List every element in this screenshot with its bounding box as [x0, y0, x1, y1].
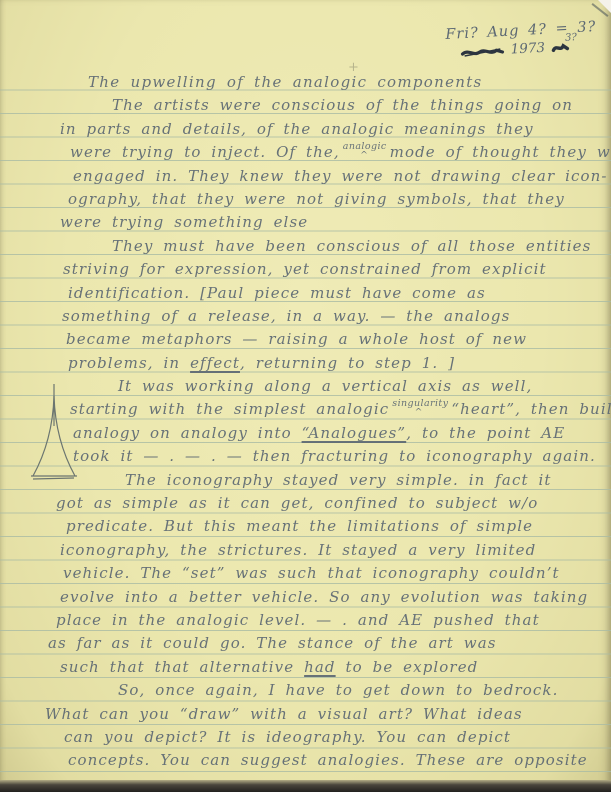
- text-segment: as far as it could go. The stance of the…: [48, 634, 497, 652]
- manuscript-line: can you depict? It is ideography. You ca…: [0, 726, 611, 749]
- manuscript-line: something of a release, in a way. — the …: [0, 305, 611, 328]
- text-segment: ography, that they were not giving symbo…: [68, 190, 565, 208]
- manuscript-line: concepts. You can suggest analogies. The…: [0, 749, 611, 772]
- text-segment: became metaphors — raising a whole host …: [66, 330, 527, 348]
- text-segment: “heart”, then building: [451, 400, 611, 418]
- manuscript-line: evolve into a better vehicle. So any evo…: [0, 586, 611, 609]
- title-line: The upwelling of the analogic components: [0, 71, 611, 94]
- manuscript-line: They must have been conscious of all tho…: [0, 235, 611, 258]
- text-segment: vehicle. The “set” was such that iconogr…: [63, 564, 560, 582]
- text-segment: What can you “draw” with a visual art? W…: [45, 705, 523, 723]
- manuscript-line: as far as it could go. The stance of the…: [0, 632, 611, 655]
- manuscript-line: were trying to inject. Of the,analogic^m…: [0, 141, 611, 164]
- underlined-word: “Analogues”: [302, 424, 407, 442]
- text-segment: evolve into a better vehicle. So any evo…: [60, 588, 588, 606]
- text-segment: The artists were conscious of the things…: [112, 96, 573, 114]
- date-superscript: 3?: [565, 32, 577, 44]
- manuscript-line: analogy on analogy into “Analogues”, to …: [0, 422, 611, 445]
- manuscript-line: in parts and details, of the analogic me…: [0, 118, 611, 141]
- manuscript-lines: The upwelling of the analogic components…: [0, 71, 611, 773]
- manuscript-line: starting with the simplest analogicsingu…: [0, 398, 611, 421]
- text-segment: concepts. You can suggest analogies. The…: [68, 751, 588, 769]
- text-segment: got as simple as it can get, confined to…: [56, 494, 538, 512]
- manuscript-line: such that that alternative had to be exp…: [0, 656, 611, 679]
- manuscript-line: vehicle. The “set” was such that iconogr…: [0, 562, 611, 585]
- inserted-word: singularity^: [392, 399, 448, 408]
- manuscript-line: ography, that they were not giving symbo…: [0, 188, 611, 211]
- manuscript-line: iconography, the strictures. It stayed a…: [0, 539, 611, 562]
- text-segment: can you depict? It is ideography. You ca…: [64, 728, 511, 746]
- manuscript-line: took it — . — . — then fracturing to ico…: [0, 445, 611, 468]
- text-segment: They must have been conscious of all tho…: [112, 237, 591, 255]
- manuscript-line: problems, in effect, returning to step 1…: [0, 352, 611, 375]
- text-segment: were trying to inject. Of the,: [70, 143, 340, 161]
- text-segment: problems, in: [68, 354, 190, 372]
- text-segment: iconography, the strictures. It stayed a…: [60, 541, 536, 559]
- text-segment: The upwelling of the analogic components: [88, 73, 483, 91]
- paper-sheet: Fri? Aug 4? = 3? 3? 1973 +: [0, 0, 611, 792]
- manuscript-line: engaged in. They knew they were not draw…: [0, 165, 611, 188]
- text-segment: The iconography stayed very simple. in f…: [125, 471, 551, 489]
- manuscript-line: were trying something else: [0, 211, 611, 234]
- manuscript-line: So, once again, I have to get down to be…: [0, 679, 611, 702]
- date-annotation: Fri? Aug 4? = 3? 3? 1973: [406, 19, 598, 67]
- text-segment: to be explored: [336, 658, 479, 676]
- text-segment: engaged in. They knew they were not draw…: [73, 167, 608, 185]
- text-segment: identification. [Paul piece must have co…: [68, 284, 486, 302]
- text-segment: something of a release, in a way. — the …: [62, 307, 510, 325]
- manuscript-line: It was working along a vertical axis as …: [0, 375, 611, 398]
- underlined-word: effect: [190, 354, 240, 372]
- scanned-page: Fri? Aug 4? = 3? 3? 1973 +: [0, 0, 611, 792]
- text-segment: So, once again, I have to get down to be…: [118, 681, 558, 699]
- text-segment: striving for expression, yet constrained…: [63, 260, 547, 278]
- manuscript-line: identification. [Paul piece must have co…: [0, 282, 611, 305]
- text-segment: It was working along a vertical axis as …: [118, 377, 532, 395]
- text-segment: such that that alternative: [60, 658, 304, 676]
- manuscript-line: place in the analogic level. — . and AE …: [0, 609, 611, 632]
- manuscript-line: became metaphors — raising a whole host …: [0, 328, 611, 351]
- manuscript-line: predicate. But this meant the limitation…: [0, 515, 611, 538]
- text-segment: , to the point AE: [406, 424, 565, 442]
- text-segment: analogy on analogy into: [73, 424, 302, 442]
- date-year: 1973: [510, 40, 545, 58]
- scribble-mark: [460, 45, 504, 57]
- manuscript-line: got as simple as it can get, confined to…: [0, 492, 611, 515]
- underlined-word: had: [304, 658, 336, 676]
- text-segment: took it — . — . — then fracturing to ico…: [73, 447, 596, 465]
- inserted-word: analogic^: [343, 142, 387, 151]
- manuscript-line: The artists were conscious of the things…: [0, 94, 611, 117]
- manuscript-line: What can you “draw” with a visual art? W…: [0, 703, 611, 726]
- text-segment: were trying something else: [60, 213, 308, 231]
- text-segment: , returning to step 1. ]: [240, 354, 455, 372]
- text-segment: in parts and details, of the analogic me…: [60, 120, 534, 138]
- text-segment: starting with the simplest analogic: [70, 400, 389, 418]
- manuscript-line: The iconography stayed very simple. in f…: [0, 469, 611, 492]
- text-segment: mode of thought they were: [390, 143, 611, 161]
- scan-edge-shadow: [0, 780, 611, 792]
- manuscript-line: striving for expression, yet constrained…: [0, 258, 611, 281]
- text-segment: place in the analogic level. — . and AE …: [56, 611, 540, 629]
- text-segment: predicate. But this meant the limitation…: [66, 517, 533, 535]
